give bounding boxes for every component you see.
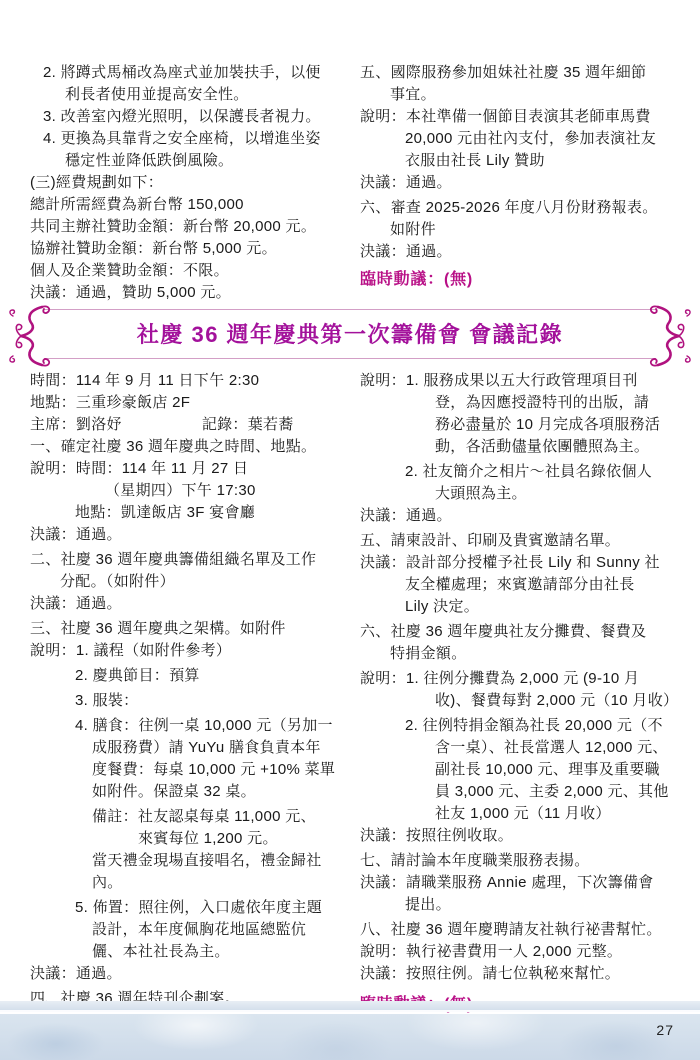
main-right-column: 說明：1. 服務成果以五大行政管理項目刊 登，為因應授證特刊的出版，請 務必盡量… <box>360 370 694 1016</box>
text-line: 設計，本年度佩胸花地區總監伉 <box>30 919 346 941</box>
text-line: 分配。（如附件） <box>30 571 346 593</box>
text-line: 含一桌）、社長當選人 12,000 元、 <box>360 737 694 759</box>
text-line: 衣服由社長 Lily 贊助 <box>360 150 694 172</box>
text-line: 副社長 10,000 元、理事及重要職 <box>360 759 694 781</box>
banner-top-rule <box>44 309 656 310</box>
text-line: 2. 將蹲式馬桶改為座式並加裝扶手，以便 <box>30 62 346 84</box>
text-line: 七、請討論本年度職業服務表揚。 <box>360 850 694 872</box>
text-line: 4. 更換為具靠背之安全座椅，以增進坐姿 <box>30 128 346 150</box>
text-line: 20,000 元由社內支付，參加表演社友 <box>360 128 694 150</box>
top-right-column: 五、國際服務參加姐妹社社慶 35 週年細節 事宜。 說明：本社準備一個節目表演其… <box>360 62 694 304</box>
text-line: 共同主辦社贊助金額：新台幣 20,000 元。 <box>30 216 346 238</box>
text-line: 社友 1,000 元（11 月收） <box>360 803 694 825</box>
text-line: 3. 服裝： <box>30 690 346 712</box>
text-line: 利長者使用並提高安全性。 <box>30 84 346 106</box>
section-title-banner: 社慶 36 週年慶典第一次籌備會 會議記錄 <box>0 306 700 366</box>
chair-label: 主席：劉洛妤 <box>30 414 122 436</box>
text-line: 事宜。 <box>360 84 694 106</box>
text-line: 如附件。保證桌 32 桌。 <box>30 781 346 803</box>
chair-recorder-line: 主席：劉洛妤 記錄：葉若蕎 <box>30 414 346 436</box>
text-line: 說明：時間：114 年 11 月 27 日 <box>30 458 346 480</box>
text-line: 一、確定社慶 36 週年慶典之時間、地點。 <box>30 436 346 458</box>
text-line: 收)、餐費每對 2,000 元（10 月收） <box>360 690 694 712</box>
text-line: 內。 <box>30 872 346 894</box>
text-line: 六、審查 2025-2026 年度八月份財務報表。 <box>360 197 694 219</box>
text-line: 2. 往例特捐金額為社長 20,000 元（不 <box>360 715 694 737</box>
text-line: 登，為因應授證特刊的出版，請 <box>360 392 694 414</box>
text-line: 決議：通過，贊助 5,000 元。 <box>30 282 346 304</box>
text-line: 度餐費：每桌 10,000 元 +10% 菜單 <box>30 759 346 781</box>
top-section: 2. 將蹲式馬桶改為座式並加裝扶手，以便 利長者使用並提高安全性。 3. 改善室… <box>0 0 700 304</box>
text-line: 決議：通過。 <box>30 593 346 615</box>
text-line: 六、社慶 36 週年慶典社友分攤費、餐費及 <box>360 621 694 643</box>
text-line: 員 3,000 元、主委 2,000 元、其他 <box>360 781 694 803</box>
text-line: 友全權處理；來賓邀請部分由社長 <box>360 574 694 596</box>
text-line: （星期四）下午 17:30 <box>30 480 346 502</box>
text-line: 成服務費）請 YuYu 膳食負責本年 <box>30 737 346 759</box>
text-line: 說明：1. 服務成果以五大行政管理項目刊 <box>360 370 694 392</box>
text-line: 三、社慶 36 週年慶典之架構。如附件 <box>30 618 346 640</box>
text-line: 備註：社友認桌每桌 11,000 元、 <box>30 806 346 828</box>
text-line: 決議：通過。 <box>360 241 694 263</box>
text-line: 動，各活動儘量依團體照為主。 <box>360 436 694 458</box>
text-line: 八、社慶 36 週年慶聘請友社執行祕書幫忙。 <box>360 919 694 941</box>
text-line: 總計所需經費為新台幣 150,000 <box>30 194 346 216</box>
text-line: 決議：通過。 <box>30 963 346 985</box>
text-line: 決議：通過。 <box>360 172 694 194</box>
document-page: 2. 將蹲式馬桶改為座式並加裝扶手，以便 利長者使用並提高安全性。 3. 改善室… <box>0 0 700 1060</box>
text-line: Lily 決定。 <box>360 596 694 618</box>
text-line: 說明：執行祕書費用一人 2,000 元整。 <box>360 941 694 963</box>
footer-watercolor: 27 <box>0 1014 700 1060</box>
extempore-motion-label: 臨時動議：(無) <box>360 269 694 291</box>
text-line: 提出。 <box>360 894 694 916</box>
text-line: 特捐金額。 <box>360 643 694 665</box>
text-line: 五、請柬設計、印刷及貴賓邀請名單。 <box>360 530 694 552</box>
footer-thin-band <box>0 1001 700 1012</box>
text-line: 當天禮金現場直接唱名，禮金歸社 <box>30 850 346 872</box>
text-line: 決議：設計部分授權予社長 Lily 和 Sunny 社 <box>360 552 694 574</box>
text-line: 大頭照為主。 <box>360 483 694 505</box>
main-left-column: 時間：114 年 9 月 11 日下午 2:30 地點：三重珍豪飯店 2F 主席… <box>30 370 346 1016</box>
text-line: 2. 慶典節目：預算 <box>30 665 346 687</box>
recorder-label: 記錄：葉若蕎 <box>202 414 294 436</box>
section-title: 社慶 36 週年慶典第一次籌備會 會議記錄 <box>0 318 700 349</box>
main-section: 時間：114 年 9 月 11 日下午 2:30 地點：三重珍豪飯店 2F 主席… <box>0 366 700 1016</box>
text-line: 3. 改善室內燈光照明，以保護長者視力。 <box>30 106 346 128</box>
text-line: 4. 膳食：往例一桌 10,000 元（另加一 <box>30 715 346 737</box>
banner-bottom-rule <box>44 358 656 359</box>
text-line: 說明：1. 往例分攤費為 2,000 元 (9-10 月 <box>360 668 694 690</box>
text-line: 說明：1. 議程（如附件參考） <box>30 640 346 662</box>
text-line: 決議：通過。 <box>360 505 694 527</box>
text-line: 務必盡量於 10 月完成各項服務活 <box>360 414 694 436</box>
text-line: 地點：凱達飯店 3F 宴會廳 <box>30 502 346 524</box>
text-line: 五、國際服務參加姐妹社社慶 35 週年細節 <box>360 62 694 84</box>
text-line: 儷、本社社長為主。 <box>30 941 346 963</box>
text-line: 2. 社友簡介之相片～社員名錄依個人 <box>360 461 694 483</box>
text-line: 協辦社贊助金額：新台幣 5,000 元。 <box>30 238 346 260</box>
text-line: 時間：114 年 9 月 11 日下午 2:30 <box>30 370 346 392</box>
text-line: 穩定性並降低跌倒風險。 <box>30 150 346 172</box>
text-line: 決議：按照往例收取。 <box>360 825 694 847</box>
text-line: 5. 佈置：照往例，入口處依年度主題 <box>30 897 346 919</box>
text-line: 來賓每位 1,200 元。 <box>30 828 346 850</box>
text-line: 如附件 <box>360 219 694 241</box>
text-line: 二、社慶 36 週年慶典籌備組織名單及工作 <box>30 549 346 571</box>
text-line: 地點：三重珍豪飯店 2F <box>30 392 346 414</box>
top-left-column: 2. 將蹲式馬桶改為座式並加裝扶手，以便 利長者使用並提高安全性。 3. 改善室… <box>30 62 346 304</box>
page-number: 27 <box>656 1022 674 1038</box>
text-line: 決議：通過。 <box>30 524 346 546</box>
text-line: 決議：按照往例。請七位執秘來幫忙。 <box>360 963 694 985</box>
text-line: (三)經費規劃如下： <box>30 172 346 194</box>
text-line: 決議：請職業服務 Annie 處理，下次籌備會 <box>360 872 694 894</box>
text-line: 說明：本社準備一個節目表演其老師車馬費 <box>360 106 694 128</box>
text-line: 個人及企業贊助金額：不限。 <box>30 260 346 282</box>
